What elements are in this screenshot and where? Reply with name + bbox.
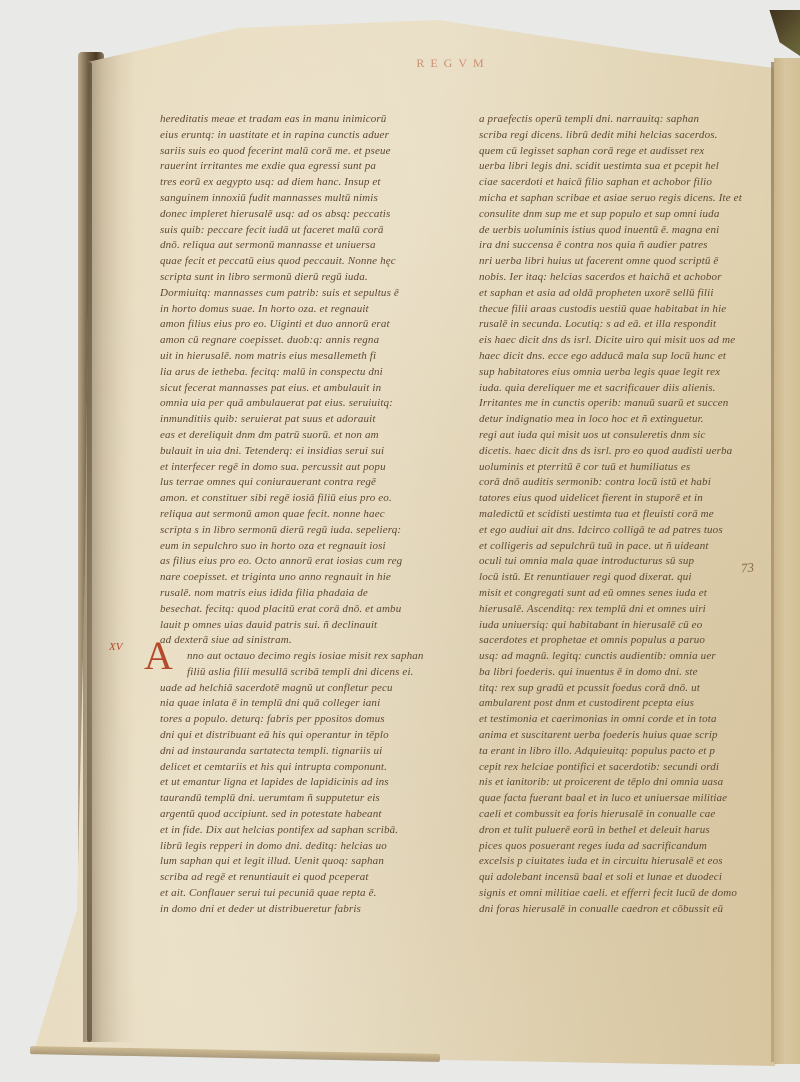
text-line: et ego audiui ait dns. Idcirco colligā t… bbox=[479, 523, 751, 539]
text-line: lia arus de ietheba. fecitq: malū in con… bbox=[160, 365, 448, 381]
right-text-column: a praefectis operū templi dni. narrauitq… bbox=[479, 112, 751, 918]
text-line: filiū aslia filii mesullā scribā templi … bbox=[160, 665, 448, 681]
running-title: REGVM bbox=[398, 56, 508, 71]
text-line: iuda uniuersiq: qui habitabant in hierus… bbox=[479, 618, 751, 634]
left-text-column: hereditatis meae et tradam eas in manu i… bbox=[160, 112, 448, 918]
text-line: amon cū regnare coepisset. duob:q: annis… bbox=[160, 333, 448, 349]
text-line: tres eorū ex aegypto usq: ad diem hanc. … bbox=[160, 175, 448, 191]
text-line: dnō. reliqua aut sermonū mannasse et uni… bbox=[160, 238, 448, 254]
text-line: as filius eius pro eo. Octo annorū erat … bbox=[160, 554, 448, 570]
text-line: consulite dnm sup me et sup populo et su… bbox=[479, 207, 751, 223]
text-line: taurandū templū dni. uerumtam ñ supputet… bbox=[160, 791, 448, 807]
text-line: delicet et cemtariis et his qui intrupta… bbox=[160, 760, 448, 776]
text-line: oculi tui omnia mala quae introducturus … bbox=[479, 554, 751, 570]
text-line: de uerbis uoluminis istius quod inuentū … bbox=[479, 223, 751, 239]
text-line: ad dexterā siue ad sinistram. bbox=[160, 633, 448, 649]
text-line: librū legis repperi in domo dni. deditq:… bbox=[160, 839, 448, 855]
text-line: anima et suscitarent uerba foederis huiu… bbox=[479, 728, 751, 744]
text-line: iuda. quia dereliquer me et sacrificauer… bbox=[479, 381, 751, 397]
text-line: eum in sepulchro suo in horto oza et reg… bbox=[160, 539, 448, 555]
text-line: nare coepisset. et triginta uno anno reg… bbox=[160, 570, 448, 586]
text-line: reliqua aut sermonū amon quae fecit. non… bbox=[160, 507, 448, 523]
text-line: uoluminis et pterritū ē cor tuū et humil… bbox=[479, 460, 751, 476]
text-line: argentū quod accipiunt. sed in potestate… bbox=[160, 807, 448, 823]
text-line: haec dicit dns. ecce ego adducā mala sup… bbox=[479, 349, 751, 365]
text-line: rusalē in secunda. Locutiq: s ad eā. et … bbox=[479, 317, 751, 333]
text-line: hereditatis meae et tradam eas in manu i… bbox=[160, 112, 448, 128]
text-line: omnia uia per quā ambulauerat pat eius. … bbox=[160, 396, 448, 412]
text-line: et colligeris ad sepulchrū tuū in pace. … bbox=[479, 539, 751, 555]
text-line: uit in hierusalē. nom matris eius mesall… bbox=[160, 349, 448, 365]
text-line: ambularent post dnm et custodirent pcept… bbox=[479, 696, 751, 712]
text-line: excelsis p ciuitates iuda et in circuitu… bbox=[479, 854, 751, 870]
text-line: in domo dni et deder ut distribueretur f… bbox=[160, 902, 448, 918]
text-line: tores a populo. deturq: fabris per pposi… bbox=[160, 712, 448, 728]
text-line: lauit p omnes uias dauid patris sui. ñ d… bbox=[160, 618, 448, 634]
text-line: dicetis. haec dicit dns ds isrl. pro eo … bbox=[479, 444, 751, 460]
text-line: a praefectis operū templi dni. narrauitq… bbox=[479, 112, 751, 128]
text-line: dni foras hierusalē in conualle caedron … bbox=[479, 902, 751, 918]
text-line: scriba regi dicens. librū dedit mihi hel… bbox=[479, 128, 751, 144]
manuscript-photo: { "photo": { "background": "#e9e9e7" }, … bbox=[0, 0, 800, 1082]
text-line: ba libri foederis. qui inuentus ē in dom… bbox=[479, 665, 751, 681]
text-line: nis et ianitorib: ut proicerent de tēplo… bbox=[479, 775, 751, 791]
text-line: sariis suis eo quod fecerint malū corā m… bbox=[160, 144, 448, 160]
text-line: dron et tulit puluerē eorū in bethel et … bbox=[479, 823, 751, 839]
text-line: scriba ad regē et renuntiauit ei quod pc… bbox=[160, 870, 448, 886]
text-line: eas et dereliquit dnm dm patrū suorū. et… bbox=[160, 428, 448, 444]
text-line: pices quos posuerant reges iuda ad sacri… bbox=[479, 839, 751, 855]
text-line: corā dnō auditis sermonib: contra locū i… bbox=[479, 475, 751, 491]
text-line: uerba libri legis dni. scidit uestimta s… bbox=[479, 159, 751, 175]
text-line: suis quib: peccare fecit iudā ut faceret… bbox=[160, 223, 448, 239]
text-line: besechat. fecitq: quod placitū erat corā… bbox=[160, 602, 448, 618]
text-line: regi aut iuda qui misit uos ut consulere… bbox=[479, 428, 751, 444]
text-line: locū istū. Et renuntiauer regi quod dixe… bbox=[479, 570, 751, 586]
text-line: in horto domus suae. In horto oza. et re… bbox=[160, 302, 448, 318]
binding-corner bbox=[766, 10, 800, 56]
text-line: sacerdotes et prophetae et omnis populus… bbox=[479, 633, 751, 649]
text-line: et ut emantur ligna et lapides de lapidi… bbox=[160, 775, 448, 791]
text-line: lum saphan qui et legit illud. Uenit quo… bbox=[160, 854, 448, 870]
text-line: nobis. Ier itaq: helcias sacerdos et hai… bbox=[479, 270, 751, 286]
text-line: eius eruntq: in uastitate et in rapina c… bbox=[160, 128, 448, 144]
text-line: nia quae inlata ē in templū dni quā coll… bbox=[160, 696, 448, 712]
text-line: dni ad instauranda sartatecta templi. ti… bbox=[160, 744, 448, 760]
text-line: lus terrae omnes qui coniurauerant contr… bbox=[160, 475, 448, 491]
chapter-number-marginal: XV bbox=[109, 641, 122, 653]
text-line: tatores eius quod uidelicet fierent in s… bbox=[479, 491, 751, 507]
text-line: qui adolebant incensū baal et soli et lu… bbox=[479, 870, 751, 886]
text-line: nno aut octauo decimo regis iosiae misit… bbox=[160, 649, 448, 665]
text-line: scripta s in libro sermonū dierū regū iu… bbox=[160, 523, 448, 539]
text-line: bulauit in uia dni. Tetenderq: ei insidi… bbox=[160, 444, 448, 460]
text-line: sicut fecerat mannasses pat eius. et amb… bbox=[160, 381, 448, 397]
text-line: usq: ad magnū. legitq: cunctis audientib… bbox=[479, 649, 751, 665]
folio-number: 73 bbox=[740, 560, 754, 577]
text-line: thecue filii araas custodis uestiū quae … bbox=[479, 302, 751, 318]
text-line: rauerint irritantes me exdie qua egressi… bbox=[160, 159, 448, 175]
text-line: inmunditiis quib: seruierat pat suus et … bbox=[160, 412, 448, 428]
text-line: ta erant in libro illo. Adquieuitq: popu… bbox=[479, 744, 751, 760]
text-line: amon filius eius pro eo. Uiginti et duo … bbox=[160, 317, 448, 333]
adjacent-page-sliver bbox=[774, 58, 800, 1064]
text-line: detur indignatio mea in loco hoc et ñ ex… bbox=[479, 412, 751, 428]
text-line: signis et omni militiae caeli. et efferr… bbox=[479, 886, 751, 902]
text-line: rusalē. nom matris eius idida filia phad… bbox=[160, 586, 448, 602]
text-line: sanguinem innoxiū fudit mannasses multū … bbox=[160, 191, 448, 207]
text-line: ira dni succensa ē contra nos quia ñ aud… bbox=[479, 238, 751, 254]
text-line: quae fecit et peccatū eius quod peccauit… bbox=[160, 254, 448, 270]
text-line: maledictū et scidisti uestimta tua et fl… bbox=[479, 507, 751, 523]
text-line: et in fide. Dix aut helcias pontifex ad … bbox=[160, 823, 448, 839]
text-line: sup habitatores eius omnia uerba legis q… bbox=[479, 365, 751, 381]
text-line: scripta sunt in libro sermonū dierū regū… bbox=[160, 270, 448, 286]
text-line: et testimonia et caerimonias in omni cor… bbox=[479, 712, 751, 728]
text-line: cepit rex helciae pontifici et sacerdoti… bbox=[479, 760, 751, 776]
text-line: quem cū legisset saphan corā rege et aud… bbox=[479, 144, 751, 160]
text-line: ciae sacerdoti et haicā filio saphan et … bbox=[479, 175, 751, 191]
text-line: hierusalē. Ascenditq: rex templū dni et … bbox=[479, 602, 751, 618]
text-line: uade ad helchiā sacerdotē magnū ut confl… bbox=[160, 681, 448, 697]
text-line: amon. et constituer sibi regē iosiā fili… bbox=[160, 491, 448, 507]
text-line: eis haec dicit dns ds isrl. Dicite uiro … bbox=[479, 333, 751, 349]
text-line: nri uerba libri huius ut facerent omne q… bbox=[479, 254, 751, 270]
text-line: misit et congregati sunt ad eū omnes sen… bbox=[479, 586, 751, 602]
text-line: et saphan et asia ad oldā propheten uxor… bbox=[479, 286, 751, 302]
drop-cap-initial: A bbox=[144, 638, 173, 674]
text-line: et ait. Conflauer serui tui pecuniā quae… bbox=[160, 886, 448, 902]
text-line: et interfecer regē in domo sua. percussi… bbox=[160, 460, 448, 476]
text-line: quae facta fuerant baal et in luco et un… bbox=[479, 791, 751, 807]
text-line: Dormiuitq: mannasses cum patrib: suis et… bbox=[160, 286, 448, 302]
text-line: donec impleret hierusalē usq: ad os absq… bbox=[160, 207, 448, 223]
text-line: caeli et combussit ea foris hierusalē in… bbox=[479, 807, 751, 823]
text-line: Irritantes me in cunctis operib: manuū s… bbox=[479, 396, 751, 412]
text-line: dni qui et distribuant eā his qui operan… bbox=[160, 728, 448, 744]
text-line: titq: rex sup gradū et pcussit foedus co… bbox=[479, 681, 751, 697]
text-line: micha et saphan scribae et asiae seruo r… bbox=[479, 191, 751, 207]
